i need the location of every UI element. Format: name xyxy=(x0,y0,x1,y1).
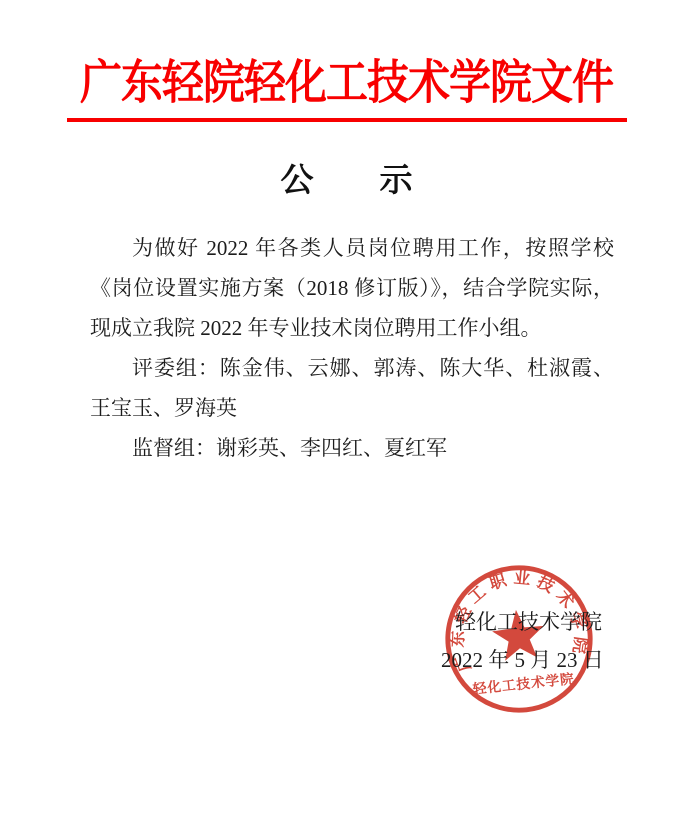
notice-title: 公 示 xyxy=(0,154,693,201)
document-page: 广东轻院轻化工技术学院文件 公 示 为做好 2022 年各类人员岗位聘用工作，按… xyxy=(0,0,693,830)
signature-organization: 轻化工技术学院 xyxy=(455,606,602,636)
official-seal-stamp: 广东轻工职业技术学院 轻化工技术学院 xyxy=(433,553,604,724)
header-rule-divider xyxy=(67,118,627,122)
signature-date: 2022 年 5 月 23 日 xyxy=(441,644,604,674)
seal-inner-text: 轻化工技术学院 xyxy=(471,670,575,697)
body-paragraph-judges: 评委组：陈金伟、云娜、郭涛、陈大华、杜淑霞、王宝玉、罗海英 xyxy=(90,348,614,428)
body-paragraph-intro: 为做好 2022 年各类人员岗位聘用工作，按照学校《岗位设置实施方案（2018 … xyxy=(90,228,614,348)
document-header-title: 广东轻院轻化工技术学院文件 xyxy=(0,46,693,113)
body-paragraph-supervisors: 监督组：谢彩英、李四红、夏红军 xyxy=(90,428,614,468)
notice-body: 为做好 2022 年各类人员岗位聘用工作，按照学校《岗位设置实施方案（2018 … xyxy=(90,228,614,468)
